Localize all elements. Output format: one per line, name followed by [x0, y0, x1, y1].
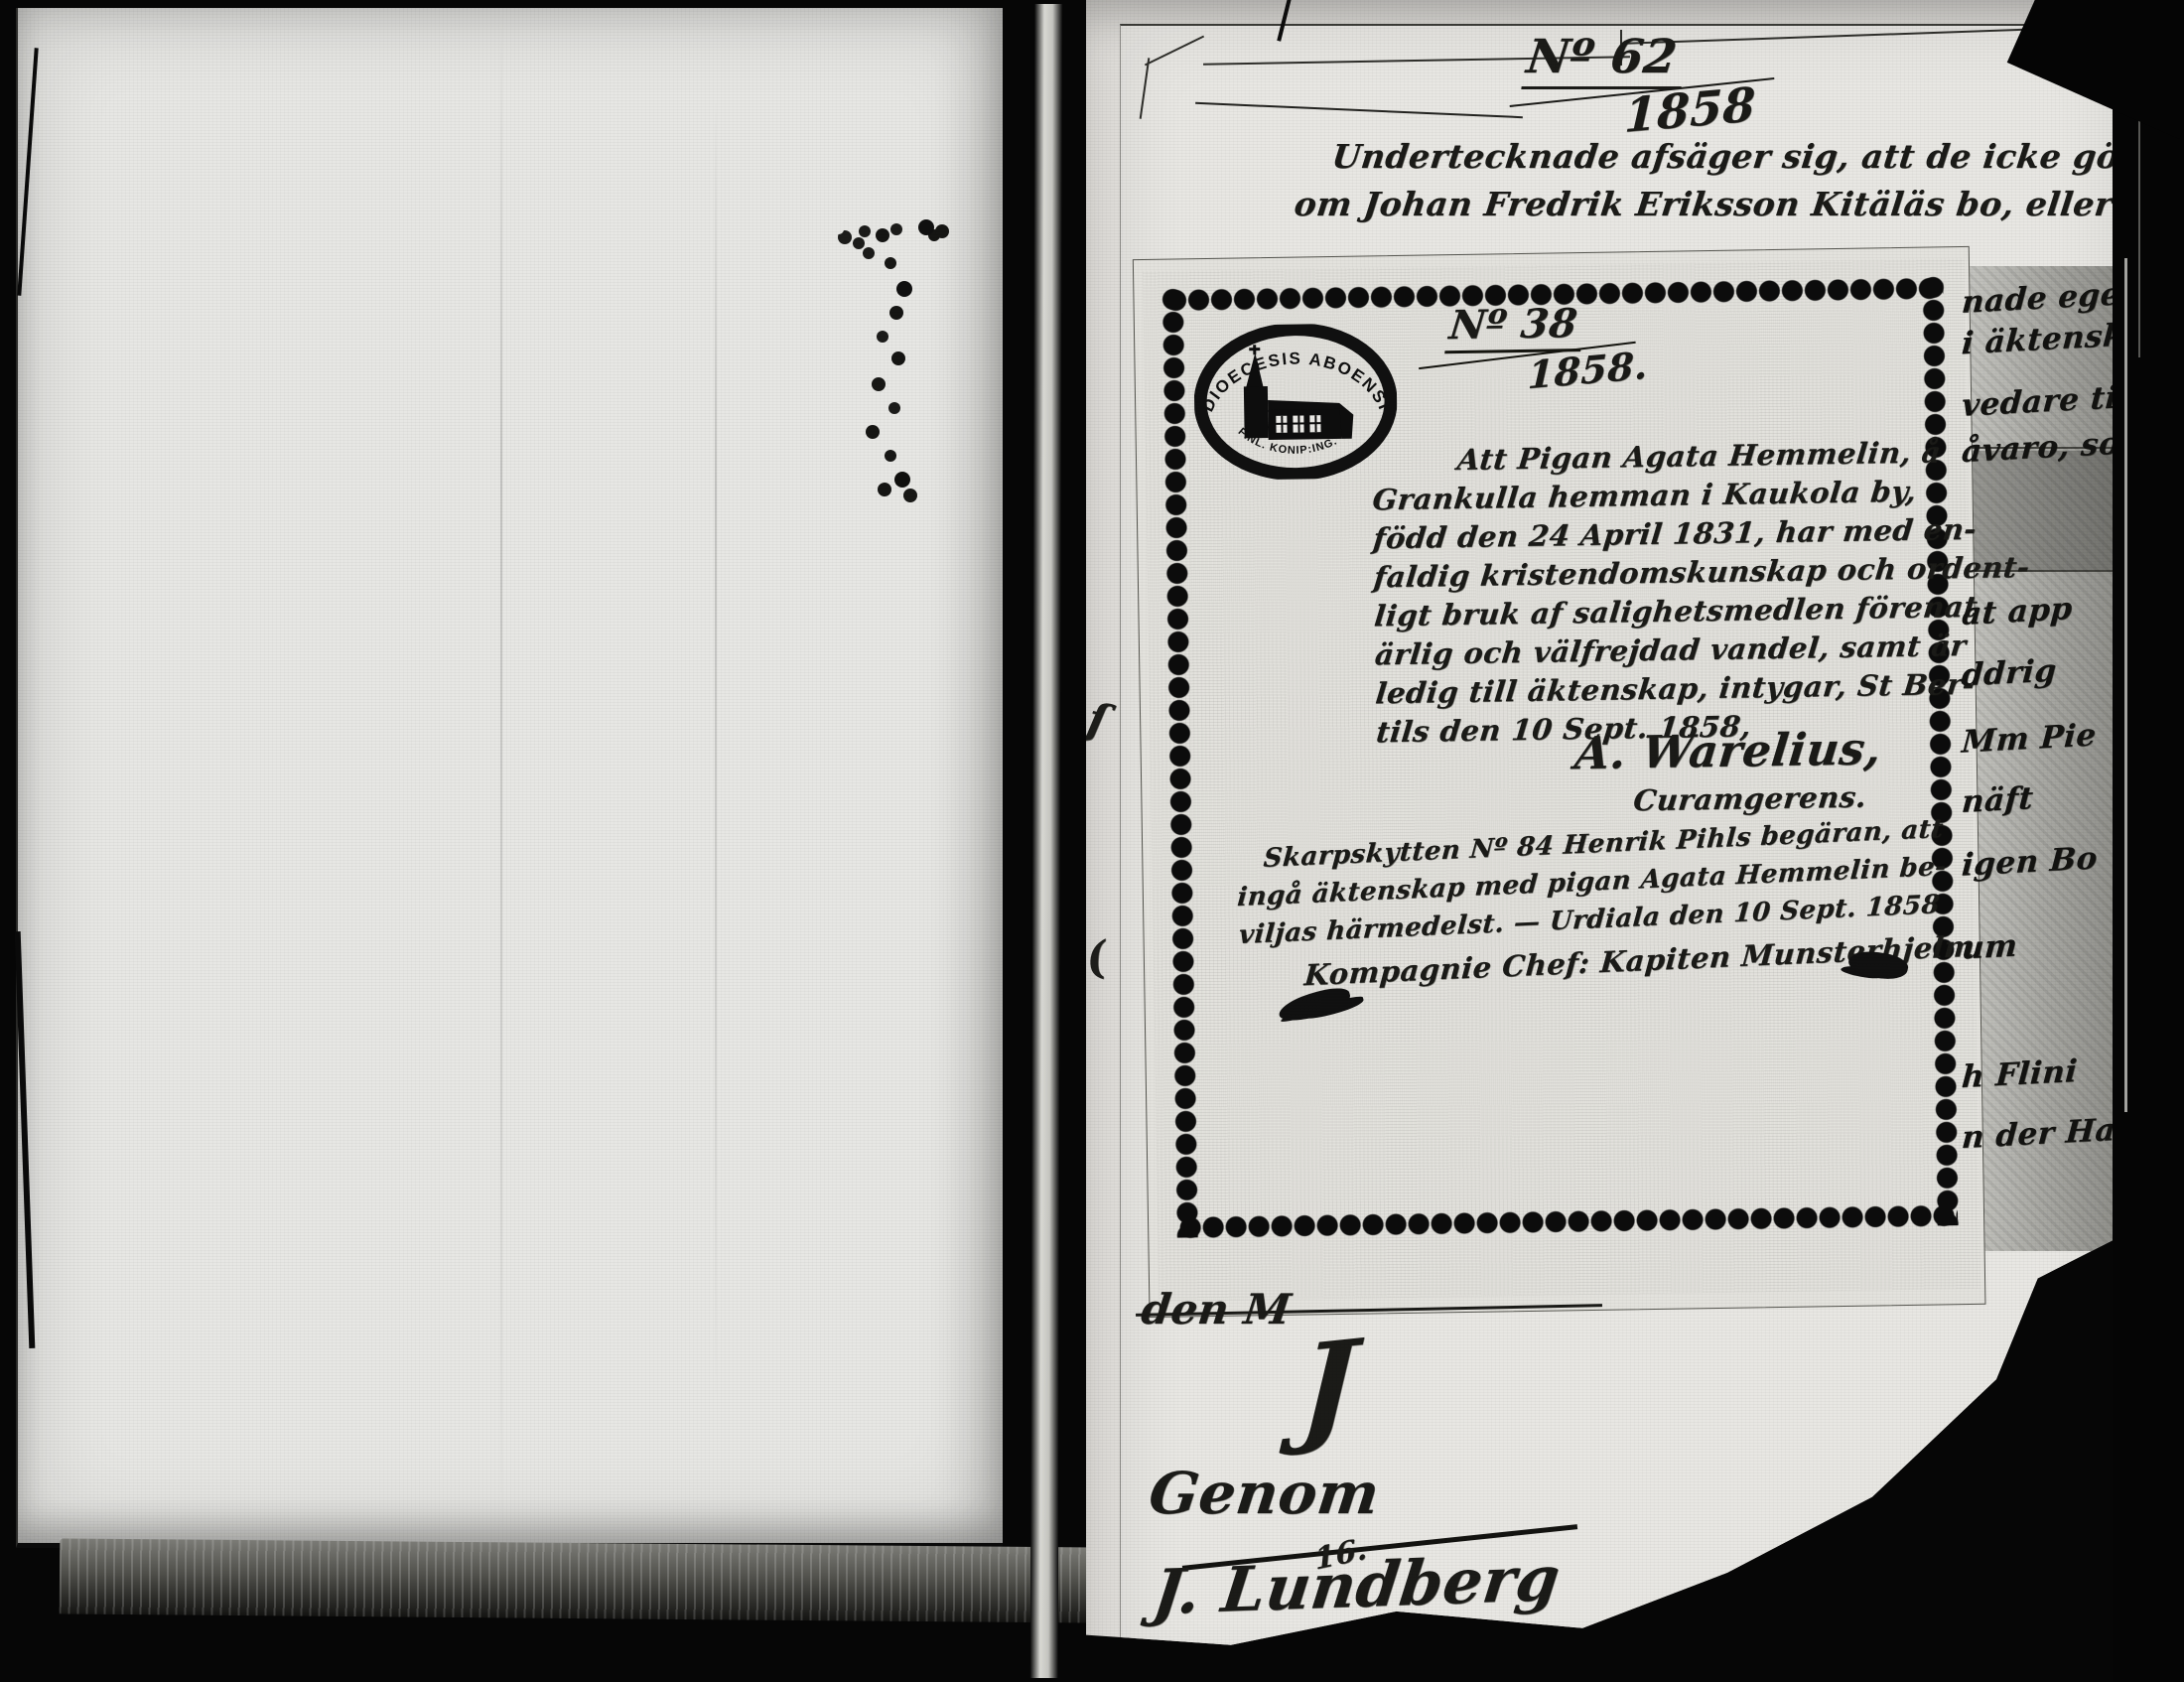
pastor-title: Curamgerens. [1632, 780, 1869, 818]
partial-writing: den M [1136, 1283, 1612, 1342]
letter-line: om Johan Fredrik Eriksson Kitäläs bo, el… [1293, 185, 2120, 223]
dotted-border-left [1160, 288, 1199, 1237]
writing-fragment: nade egen [1961, 275, 2120, 321]
certificate-number: Nº 38 1858. [1441, 296, 1702, 409]
certificate-number-label: Nº 38 [1444, 300, 1585, 353]
margin-stroke: ſ [1086, 694, 1113, 748]
writing-fragment: Mm Pie [1961, 717, 2098, 760]
writing-fragment: at app [1961, 591, 2074, 632]
archival-book-scan: Nº 62 1858 Undertecknade afsäger sig, at… [0, 0, 2184, 1682]
ink-speckles [834, 224, 844, 234]
writing-fragment: n der Ha [1961, 1112, 2117, 1156]
closing-word: Genom [1146, 1460, 1384, 1527]
page-crease [715, 97, 717, 1402]
right-page: Nº 62 1858 Undertecknade afsäger sig, at… [1086, 0, 2120, 1682]
certificate-year: 1858. [1527, 343, 1649, 398]
page-crease [500, 8, 502, 1543]
military-annotation: Skarpskytten Nº 84 Henrik Pihls begäran,… [1235, 811, 1916, 1002]
writing-fragment: h Flini [1961, 1053, 2079, 1095]
document-year: 1858 [1623, 77, 1756, 144]
book-gutter [1030, 4, 1062, 1678]
writing-fragment: i äktensk [1961, 318, 2120, 362]
writing-fragment: näft [1961, 780, 2035, 820]
initial-flourish: J [1297, 1313, 1359, 1458]
writing-fragment: igen Bo [1961, 840, 2099, 883]
banns-certificate: DIOECESIS ABOENSIS FINL. KONIP:ING. [1142, 257, 1981, 1303]
writing-fragment: um [1961, 927, 2019, 966]
lundberg-signature: J. Lundberg [1150, 1542, 1565, 1629]
writing-fragment: ddrig [1961, 652, 2058, 693]
page-edge-texture [60, 1538, 1099, 1622]
dotted-border-right [1921, 276, 1960, 1225]
scan-streak [17, 48, 38, 296]
letter-line: Undertecknade afsäger sig, att de icke g… [1330, 137, 2120, 176]
writing-fragment: vedare till [1961, 378, 2120, 424]
certificate-body: Att Pigan Agata Hemmelin, å Grankulla he… [1372, 433, 1953, 752]
left-blank-page [16, 8, 1003, 1548]
scan-edge [2113, 0, 2184, 1682]
document-number-label: Nº 62 [1521, 30, 1688, 89]
pastor-signature: A. Warelius, [1572, 722, 1884, 779]
writing-fragment: åvaro, som [1961, 424, 2120, 470]
scan-streak [15, 931, 36, 1348]
page-edge-highlight [2124, 258, 2127, 1112]
dotted-border-bottom [1179, 1203, 1958, 1239]
writing-fragment: den M [1139, 1285, 1294, 1333]
diocese-seal: DIOECESIS ABOENSIS FINL. KONIP:ING. [1193, 323, 1398, 481]
margin-stroke: ( [1086, 932, 1111, 985]
document-number: Nº 62 1858 [1515, 26, 1833, 145]
